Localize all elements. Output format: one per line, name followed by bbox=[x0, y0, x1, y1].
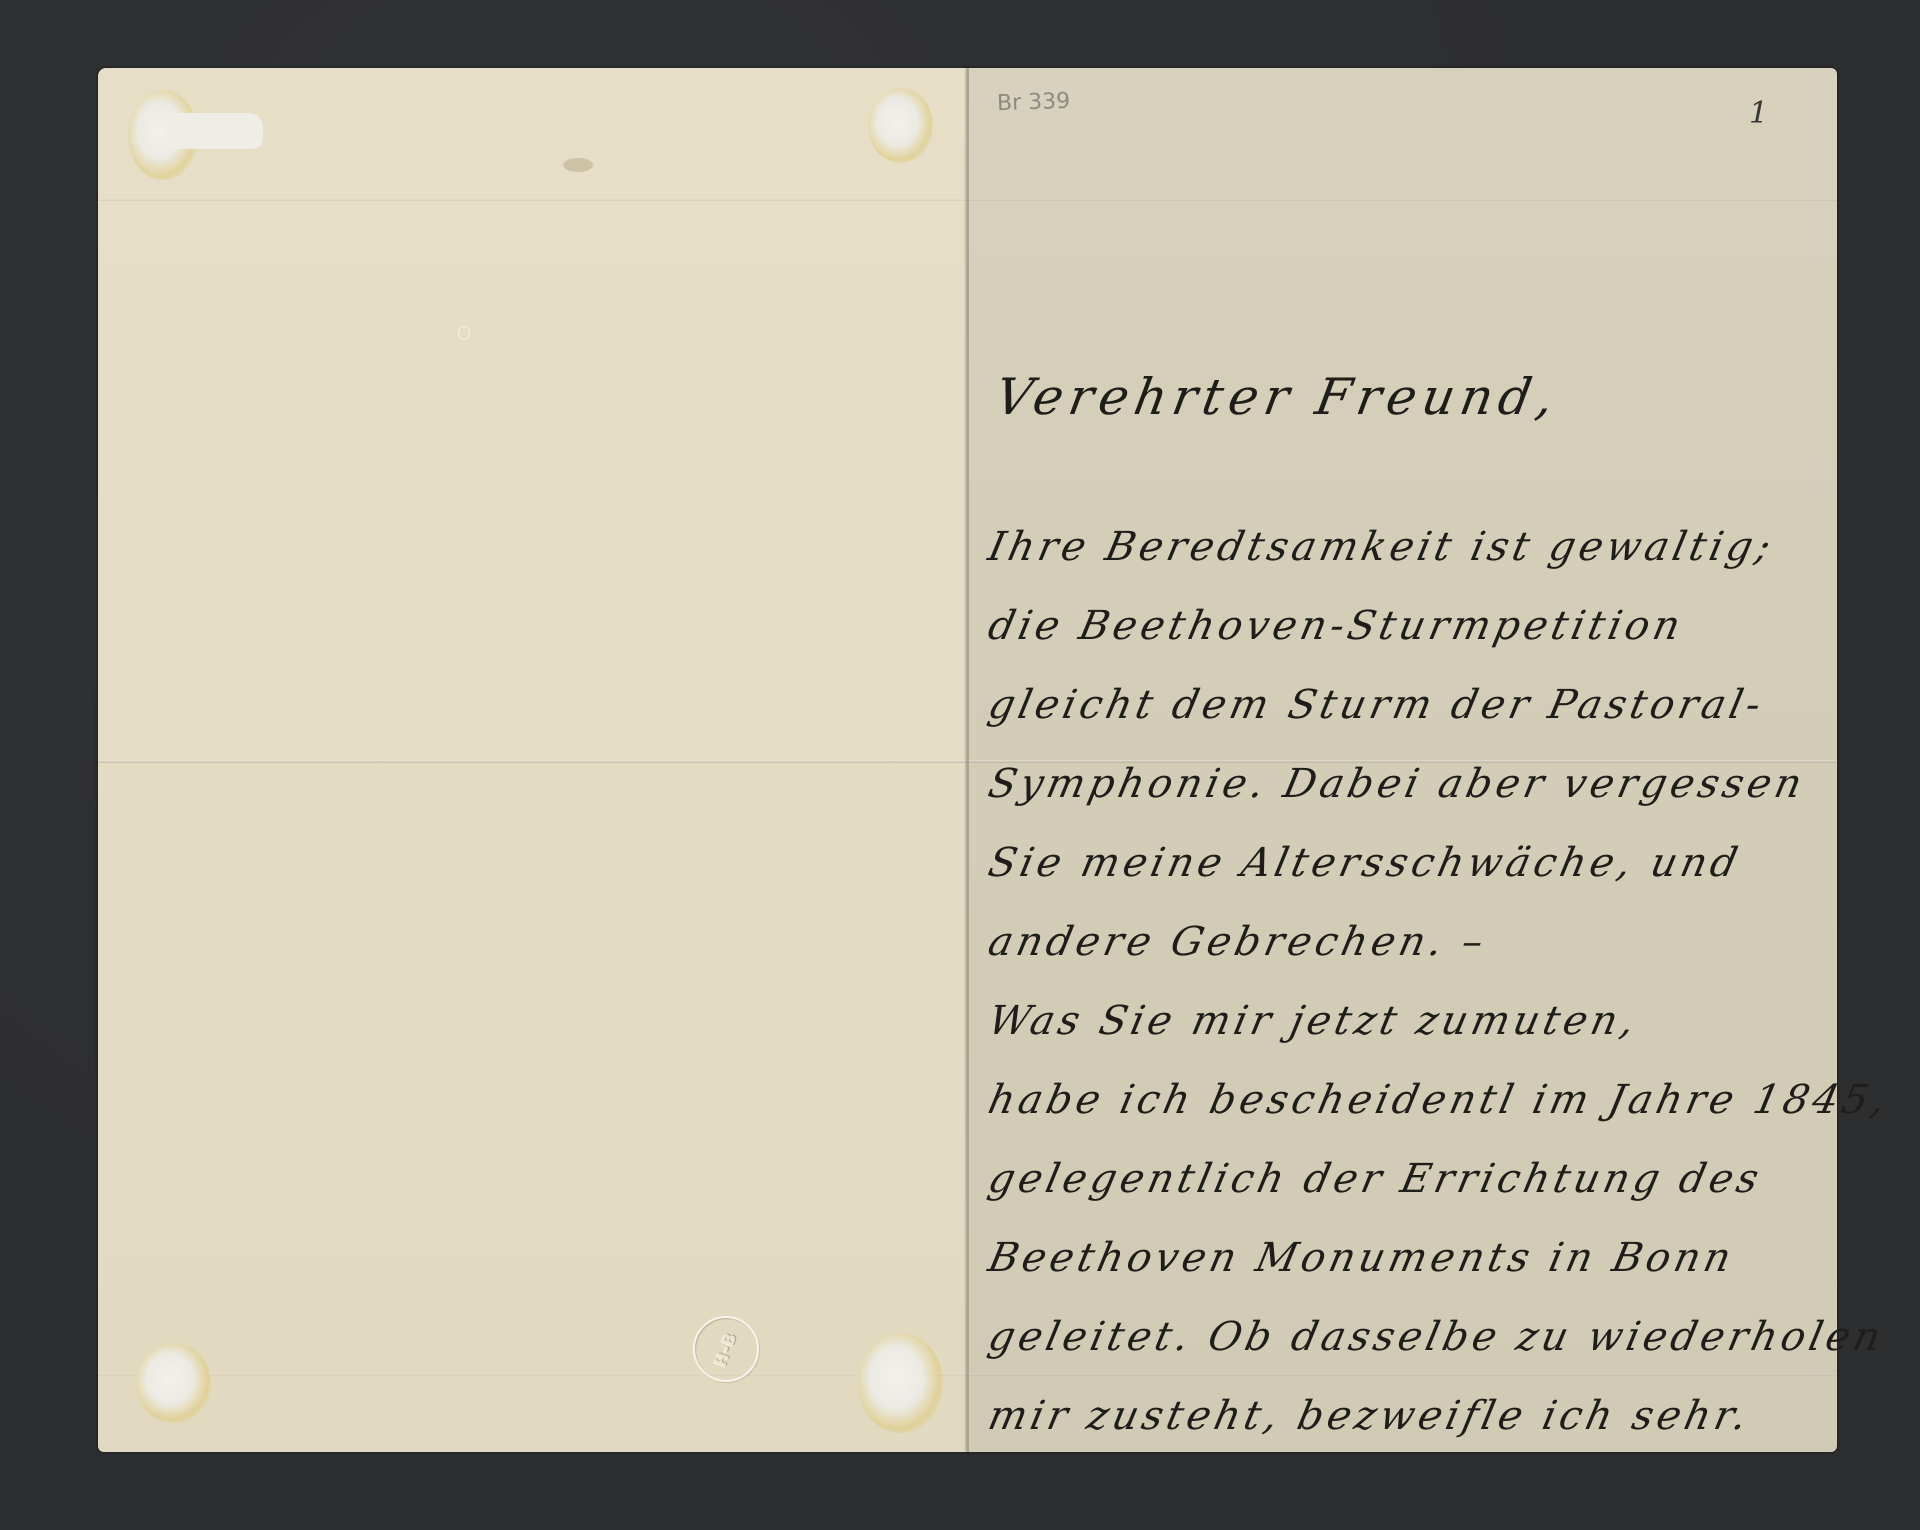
letter-line: Sie meine Altersschwäche, und bbox=[981, 824, 1838, 903]
right-page: Br 339 1 Verehrter Freund, Ihre Beredtsa… bbox=[967, 68, 1837, 1452]
tape-residue-icon bbox=[868, 88, 933, 163]
letter-line: geleitet. Ob dasselbe zu wiederholen bbox=[981, 1298, 1838, 1377]
paper-dent bbox=[458, 326, 470, 340]
letter-line: die Beethoven-Sturmpetition bbox=[981, 587, 1838, 666]
page-number: 1 bbox=[1749, 96, 1768, 131]
salutation: Verehrter Freund, bbox=[977, 368, 1842, 508]
archive-shelfmark: Br 339 bbox=[997, 89, 1071, 117]
tape-residue-icon bbox=[136, 1343, 211, 1423]
letter-line: Ihre Beredtsamkeit ist gewaltig; bbox=[981, 508, 1838, 587]
letter-line: gelegentlich der Errichtung des bbox=[981, 1140, 1838, 1219]
fold-line bbox=[98, 760, 968, 763]
stamp-text: H-B bbox=[711, 1329, 741, 1369]
letter-line: Symphonie. Dabei aber vergessen bbox=[981, 745, 1838, 824]
letter-line: Was Sie mir jetzt zumuten, bbox=[981, 982, 1838, 1061]
letter-line: habe ich bescheidentl im Jahre 1845, bbox=[981, 1061, 1838, 1140]
embossed-stamp-icon: H-B bbox=[693, 1316, 759, 1382]
letter-line: mir zusteht, bezweifle ich sehr. bbox=[981, 1377, 1838, 1456]
fold-line bbox=[969, 198, 1837, 201]
fold-line bbox=[98, 198, 968, 201]
smudge-mark bbox=[563, 158, 593, 172]
tape-residue-icon bbox=[858, 1333, 943, 1433]
left-page: H-B bbox=[98, 68, 968, 1452]
letter-line: Beethoven Monuments in Bonn bbox=[981, 1219, 1838, 1298]
letter-line: gleicht dem Sturm der Pastoral- bbox=[981, 666, 1838, 745]
letter-line: andere Gebrechen. – bbox=[981, 903, 1838, 982]
tape-residue-icon bbox=[168, 113, 263, 149]
letter-body: Verehrter Freund, Ihre Beredtsamkeit ist… bbox=[989, 368, 1829, 1456]
fold-line bbox=[98, 1373, 968, 1376]
